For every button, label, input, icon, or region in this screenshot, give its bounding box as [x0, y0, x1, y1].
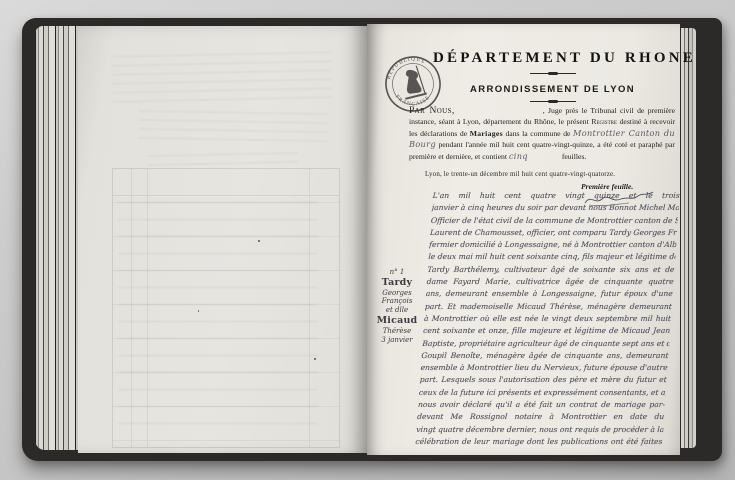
- showthrough-script: [138, 110, 328, 141]
- manuscript-line: ensemble à Montrottier lieu du Nervieux,…: [420, 362, 668, 374]
- manuscript-line: ceux de la future ici présents et expres…: [418, 387, 666, 399]
- preamble-text: feuilles.: [562, 152, 587, 161]
- manuscript-line: ans, demeurant ensemble à Longessaigne, …: [425, 288, 673, 300]
- preamble-mariages: Mariages: [470, 129, 503, 138]
- dust-speck: [314, 358, 316, 360]
- manuscript-line: janvier à cinq heures du soir par devant…: [431, 202, 679, 214]
- preamble-text: , Juge près le Tribunal civil: [543, 106, 634, 115]
- bride-surname: Micaud: [369, 315, 425, 326]
- manuscript-line: dame Fayard Marie, cultivatrice âgée de …: [426, 276, 674, 288]
- manuscript-line: L'an mil huit cent quatre vingt quinze e…: [432, 190, 680, 202]
- right-page: RÉPUBLIQUE FRANÇAISE DÉPARTEMENT DU RHON…: [367, 24, 680, 455]
- act-date: 3 janvier: [369, 336, 425, 344]
- manuscript-act: L'an mil huit cent quatre vingt quinze e…: [415, 190, 680, 448]
- showthrough-script: [148, 152, 298, 167]
- manuscript-line: part. Lesquels sous l'autorisation des p…: [419, 374, 667, 386]
- manuscript-line: fermier domicilié à Longessaigne, né à M…: [429, 239, 677, 251]
- manuscript-line: le deux mai mil huit cent soixante cinq,…: [428, 251, 676, 263]
- register-book-cover: RÉPUBLIQUE FRANÇAISE DÉPARTEMENT DU RHON…: [22, 18, 722, 461]
- page-edges-right: [681, 28, 696, 448]
- groom-firstnames: Georges François: [369, 289, 425, 305]
- manuscript-line: Tardy Barthélemy, cultivateur âgé de soi…: [427, 264, 675, 276]
- ornament-rule: [530, 99, 576, 104]
- seated-figure-icon: [398, 65, 427, 100]
- manuscript-line: Laurent de Chamousset, officier, ont com…: [430, 227, 678, 239]
- manuscript-line: célébration de leur mariage dont les pub…: [415, 436, 663, 448]
- department-title: DÉPARTEMENT DU RHONE: [433, 50, 672, 67]
- manuscript-line: à Montrottier où elle est née le vingt d…: [424, 313, 672, 325]
- manuscript-line: Goupil Benoîte, ménagère âgée de cinquan…: [421, 350, 669, 362]
- preamble-text: pendant l'année mil huit cent quatre-vin…: [409, 140, 675, 161]
- preamble-registre: Registre: [591, 117, 617, 126]
- printed-preamble: Par Nous,, Juge près le Tribunal civil d…: [409, 106, 675, 163]
- stamp-ring-top-text: RÉPUBLIQUE: [382, 53, 429, 82]
- arrondissement-subtitle: ARRONDISSEMENT DE LYON: [433, 84, 672, 95]
- preamble-text: dans la commune de: [505, 129, 570, 138]
- manuscript-line: nous avoir déclaré qu'il a été fait un c…: [418, 399, 666, 411]
- showthrough-script: [112, 52, 333, 103]
- liaison-note: et dlle: [369, 306, 425, 314]
- bride-firstname: Thérèse: [369, 327, 425, 335]
- manuscript-line: Officier de l'état civil de la commune d…: [430, 215, 678, 227]
- dateline: Lyon, le trente-un décembre mil huit cen…: [425, 171, 615, 178]
- margin-annotation: n° 1 Tardy Georges François et dlle Mica…: [369, 268, 425, 344]
- preamble-opening: Par Nous,: [409, 106, 455, 116]
- handwritten-sheets-fill: cinq: [509, 151, 528, 161]
- manuscript-line: devant Me Rossignol notaire à Montrottie…: [417, 411, 665, 423]
- act-number: n° 1: [369, 268, 425, 276]
- groom-surname: Tardy: [369, 277, 425, 288]
- left-page: [78, 26, 367, 453]
- scanned-register-photo: RÉPUBLIQUE FRANÇAISE DÉPARTEMENT DU RHON…: [0, 0, 735, 480]
- manuscript-line: cent soixante et onze, fille majeure et …: [423, 325, 671, 337]
- page-edges-left: [35, 26, 79, 450]
- manuscript-line: part. Et mademoiselle Micaud Thérèse, mé…: [424, 301, 672, 313]
- manuscript-line: vingt quatre décembre dernier, nous ont …: [416, 424, 664, 436]
- manuscript-line: Baptiste, propriétaire agriculteur âgé d…: [422, 338, 670, 350]
- ornament-rule: [530, 71, 576, 76]
- showthrough-table-rows: [118, 202, 318, 432]
- dust-speck: [258, 240, 260, 242]
- dust-speck: [198, 310, 199, 312]
- svg-text:RÉPUBLIQUE: RÉPUBLIQUE: [382, 53, 429, 82]
